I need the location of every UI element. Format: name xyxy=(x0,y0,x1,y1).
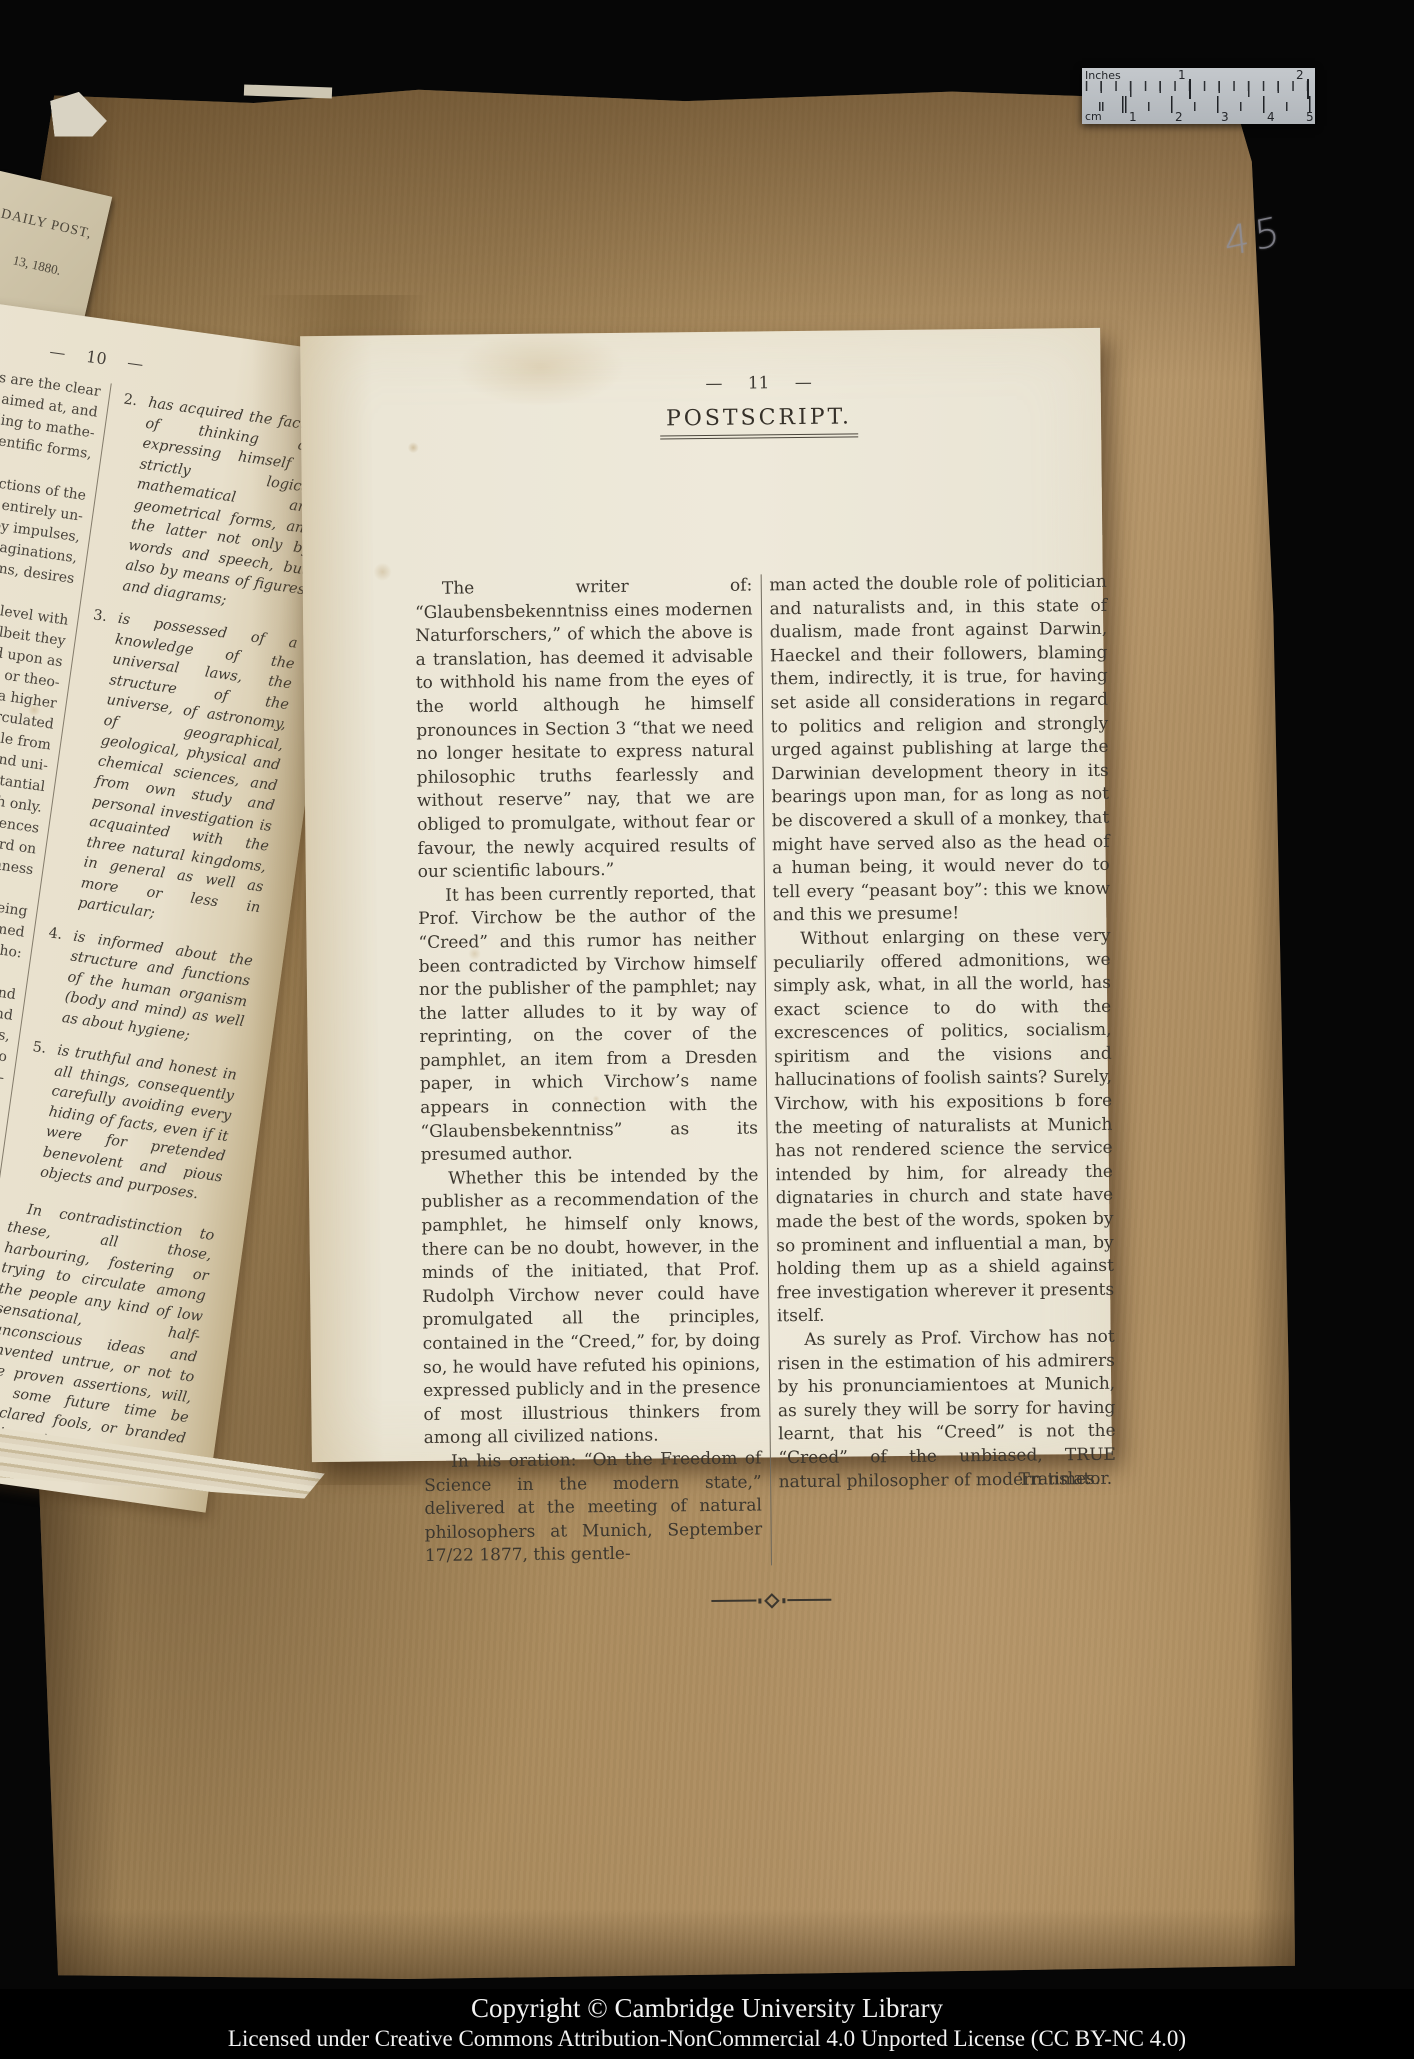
ornament-diamond xyxy=(764,1593,780,1609)
paragraph: Whether this be intended by the publishe… xyxy=(421,1164,761,1451)
column-right: man acted the double role of politician … xyxy=(769,571,1117,1565)
ruler-cm-number: 1 xyxy=(1129,110,1137,124)
ruler-inches-label: Inches xyxy=(1085,69,1121,82)
postscript-title: POSTSCRIPT. xyxy=(660,404,858,439)
list-item: 3. is possessed of a knowledge of the un… xyxy=(52,605,299,938)
ruler-cm-label: cm xyxy=(1085,110,1102,123)
ruler-cm-number: 5 xyxy=(1306,110,1314,124)
list-item-text: is informed about the structure and func… xyxy=(61,926,255,1053)
paragraph: man acted the double role of politician … xyxy=(769,571,1110,928)
paragraph: It has been currently reported, that Pro… xyxy=(418,881,758,1168)
cover-right-shading xyxy=(1250,86,1295,1979)
right-page-number: — 11 — xyxy=(413,370,1105,397)
postscript-columns: The writer of: “Glaubensbekenntniss eine… xyxy=(415,571,1117,1569)
list-item: 4. is informed about the structure and f… xyxy=(36,923,254,1053)
copyright-footer: Copyright © Cambridge University Library… xyxy=(0,1989,1414,2059)
clipping-title: DAILY POST, xyxy=(0,204,105,246)
paper-edge-sliver xyxy=(244,84,332,98)
ornament-line xyxy=(711,1600,756,1602)
column-left: The writer of: “Glaubensbekenntniss eine… xyxy=(415,574,763,1568)
ornament-dot xyxy=(758,1598,761,1603)
measuring-ruler: Inches cm 12 12345 xyxy=(1082,68,1315,124)
paragraph: Without enlarging on these very peculiar… xyxy=(773,925,1115,1330)
list-item: 2. has acquired the faculty of thinking … xyxy=(97,389,330,621)
ornament-divider xyxy=(711,1595,831,1607)
scanned-book-photo: DAILY POST, 13, 1880. — 10 — ities are t… xyxy=(0,0,1414,2059)
copyright-line: Copyright © Cambridge University Library xyxy=(0,1993,1414,2024)
ruler-cm-number: 3 xyxy=(1221,110,1229,124)
ruler-inch-number: 1 xyxy=(1178,68,1186,82)
postscript-body: The writer of: “Glaubensbekenntniss eine… xyxy=(415,571,1118,1610)
license-line: Licensed under Creative Commons Attribut… xyxy=(0,2026,1414,2052)
ruler-cm-number: 2 xyxy=(1175,110,1183,124)
list-item: 5. is truthful and honest in all things,… xyxy=(14,1037,238,1208)
postscript-title-row: POSTSCRIPT. xyxy=(413,402,1105,442)
list-item-text: has acquired the faculty of thinking and… xyxy=(121,393,329,621)
ornament-dot xyxy=(782,1598,785,1603)
closing-paragraph: In contradistinction to these, all those… xyxy=(0,1197,216,1469)
paragraph: The writer of: “Glaubensbekenntniss eine… xyxy=(415,574,756,884)
ruler-ticks-cm xyxy=(1082,96,1315,113)
ruler-cm-number: 4 xyxy=(1267,110,1275,124)
list-item-text: is truthful and honest in all things, co… xyxy=(39,1041,238,1208)
clipping-date: 13, 1880. xyxy=(0,245,95,287)
paragraph: In his oration: “On the Freedom of Scien… xyxy=(424,1447,763,1568)
ornament-line xyxy=(787,1599,832,1601)
ruler-inch-number: 2 xyxy=(1296,68,1304,82)
cover-bottom-shading xyxy=(25,1909,1295,1979)
right-page: — 11 — POSTSCRIPT. The writer of: “Glaub… xyxy=(300,328,1112,1462)
